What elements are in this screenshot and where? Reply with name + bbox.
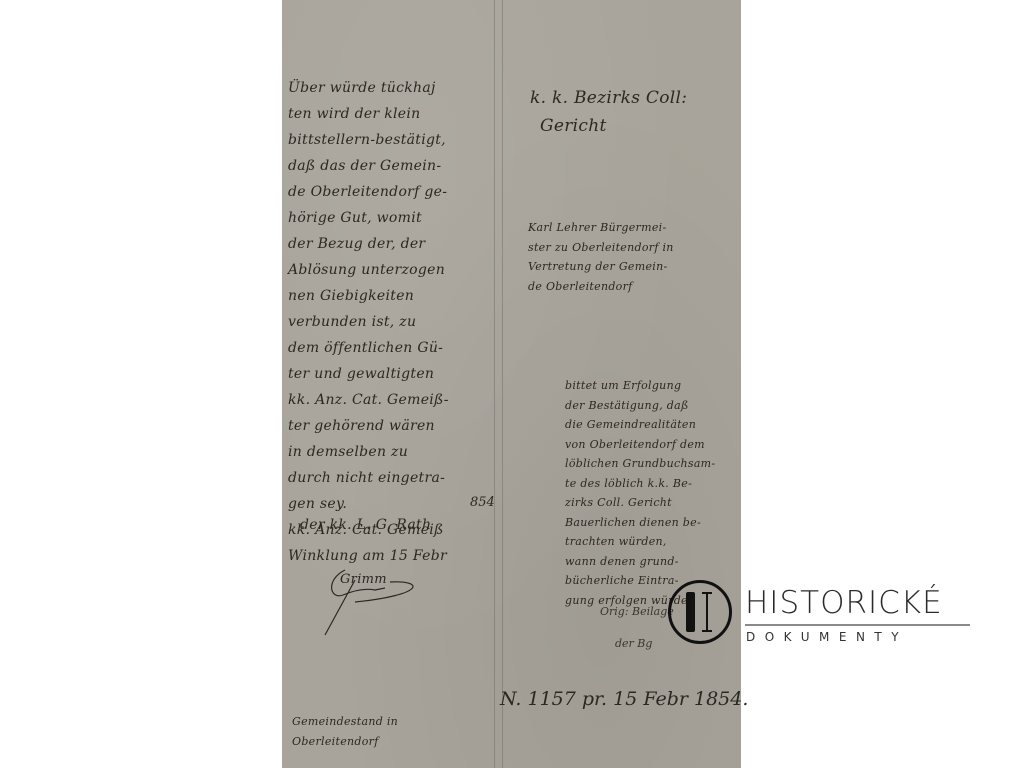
signature-text: Grimm bbox=[340, 572, 387, 587]
text-line: trachten würden, bbox=[565, 532, 715, 552]
logo-divider bbox=[745, 624, 970, 626]
text-line: bittstellern-bestätigt, bbox=[288, 127, 449, 153]
signature: Grimm bbox=[315, 560, 435, 640]
text-line: Vertretung der Gemein- bbox=[528, 257, 674, 277]
text-line: Gericht bbox=[530, 112, 687, 140]
text-line: k. k. Bezirks Coll: bbox=[530, 84, 687, 112]
year-note: 854 bbox=[470, 495, 495, 510]
fold-line bbox=[502, 0, 503, 768]
logo-serif-icon bbox=[702, 630, 712, 632]
orig-note: Orig: Beilage bbox=[600, 605, 674, 618]
text-line: Karl Lehrer Bürgermei- bbox=[528, 218, 674, 238]
text-line: dem öffentlichen Gü- bbox=[288, 335, 449, 361]
logo-h-stroke-icon bbox=[706, 592, 708, 632]
text-line: de Oberleitendorf bbox=[528, 277, 674, 297]
text-line: nen Giebigkeiten bbox=[288, 283, 449, 309]
text-line: durch nicht eingetra- bbox=[288, 465, 449, 491]
text-line: daß das der Gemein- bbox=[288, 153, 449, 179]
text-line: wann denen grund- bbox=[565, 552, 715, 572]
text-line: verbunden ist, zu bbox=[288, 309, 449, 335]
text-line: die Gemeindrealitäten bbox=[565, 415, 715, 435]
logo-circle-icon bbox=[668, 580, 732, 644]
left-closing: der kk. L. G. Rath bbox=[300, 512, 431, 538]
text-line: kk. Anz. Cat. Gemeiß- bbox=[288, 387, 449, 413]
text-line: Bauerlichen dienen be- bbox=[565, 513, 715, 533]
logo-subtitle: DOKUMENTY bbox=[746, 630, 908, 644]
fold-line bbox=[494, 0, 495, 768]
logo-serif-icon bbox=[702, 592, 712, 594]
text-line: ten wird der klein bbox=[288, 101, 449, 127]
logo-h-stroke-icon bbox=[686, 592, 695, 632]
text-line: Oberleitendorf bbox=[292, 732, 398, 752]
orig-note-2: der Bg bbox=[615, 637, 652, 650]
sender-block: Karl Lehrer Bürgermei- ster zu Oberleite… bbox=[528, 218, 674, 296]
request-block: bittet um Erfolgung der Bestätigung, daß… bbox=[565, 376, 715, 610]
addressee: k. k. Bezirks Coll: Gericht bbox=[530, 84, 687, 140]
text-line: Ablösung unterzogen bbox=[288, 257, 449, 283]
text-line: der Bestätigung, daß bbox=[565, 396, 715, 416]
text-line: bittet um Erfolgung bbox=[565, 376, 715, 396]
text-line: ter und gewaltigten bbox=[288, 361, 449, 387]
text-line: te des löblich k.k. Be- bbox=[565, 474, 715, 494]
text-line: ter gehörend wären bbox=[288, 413, 449, 439]
text-line: Über würde tückhaj bbox=[288, 75, 449, 101]
logo-title: HISTORICKÉ bbox=[745, 585, 943, 621]
text-line: löblichen Grundbuchsam- bbox=[565, 454, 715, 474]
text-line: ster zu Oberleitendorf in bbox=[528, 238, 674, 258]
text-line: zirks Coll. Gericht bbox=[565, 493, 715, 513]
left-column-text: Über würde tückhaj ten wird der klein bi… bbox=[288, 75, 449, 569]
text-line: de Oberleitendorf ge- bbox=[288, 179, 449, 205]
text-line: Gemeindestand in bbox=[292, 712, 398, 732]
text-line: hörige Gut, womit bbox=[288, 205, 449, 231]
text-line: von Oberleitendorf dem bbox=[565, 435, 715, 455]
corner-note: Gemeindestand in Oberleitendorf bbox=[292, 712, 398, 752]
text-line: der Bezug der, der bbox=[288, 231, 449, 257]
text-line: in demselben zu bbox=[288, 439, 449, 465]
text-line: der kk. L. G. Rath bbox=[300, 512, 431, 538]
reference-number: N. 1157 pr. 15 Febr 1854. bbox=[500, 688, 748, 710]
